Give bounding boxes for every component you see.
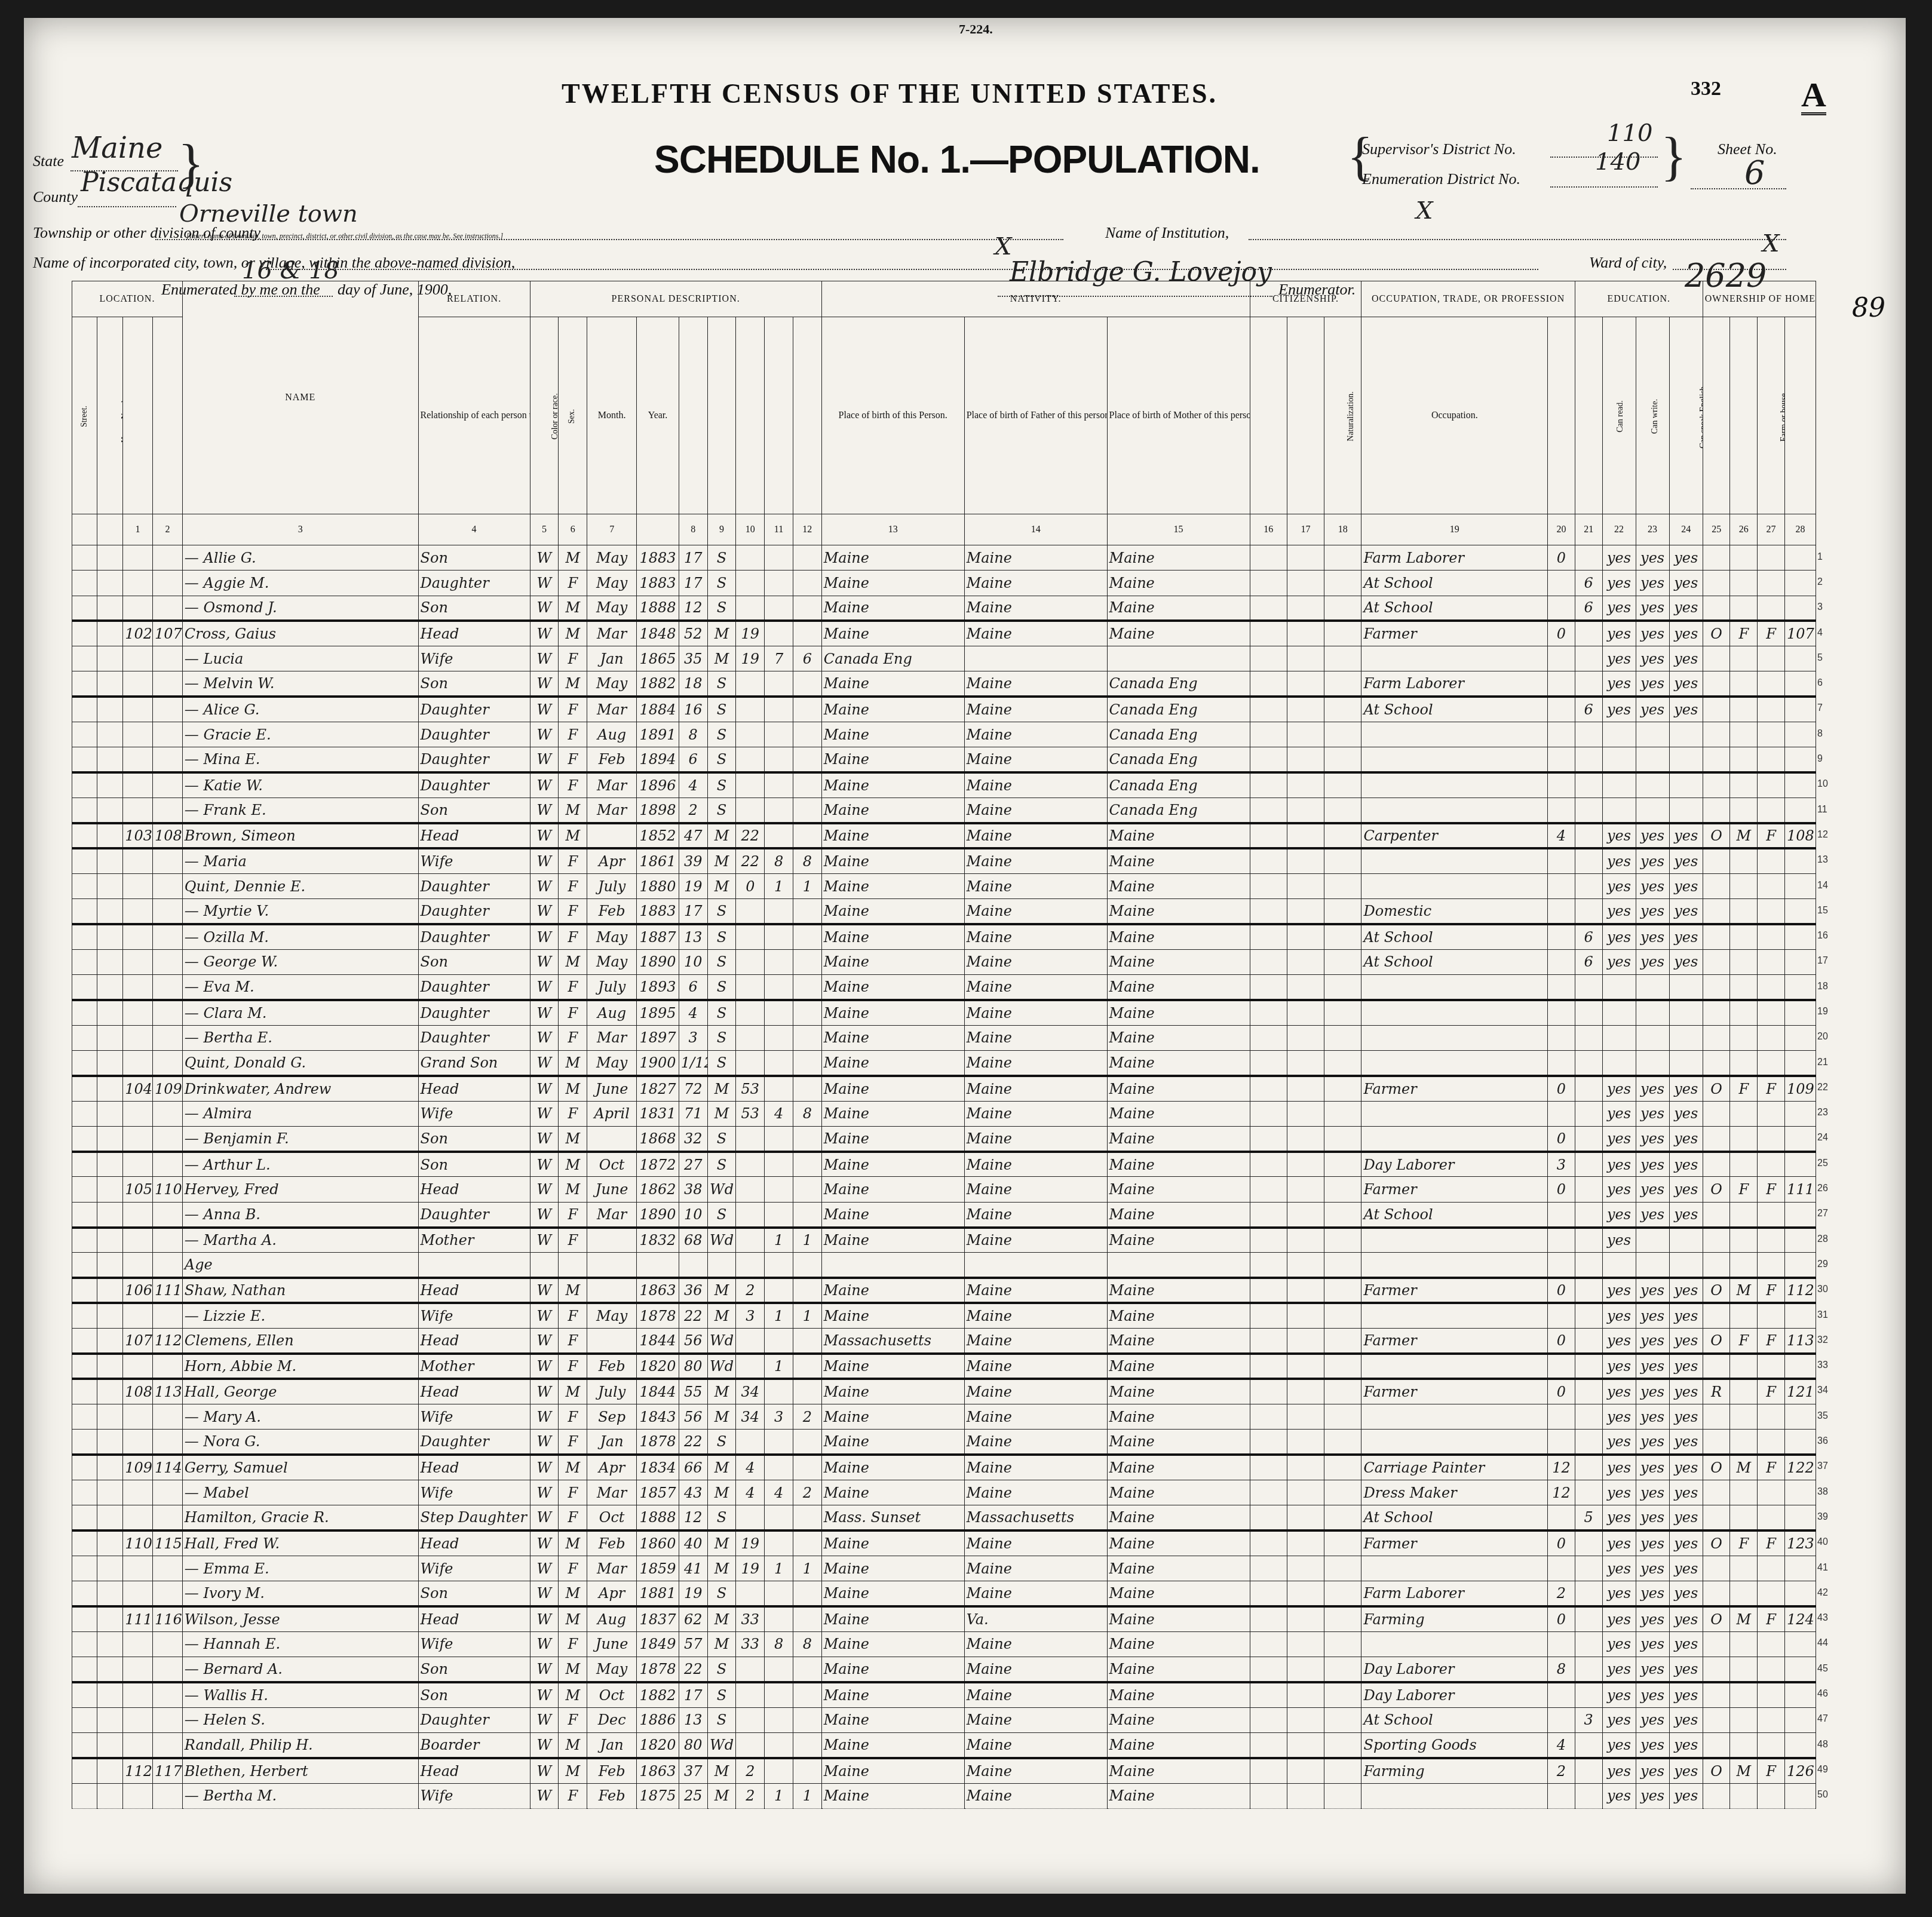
- speak-english-cell: yes: [1669, 1379, 1703, 1404]
- table-row: — Mina E.DaughterWFFeb18946SMaineMaineCa…: [72, 747, 1816, 772]
- table-row: — Bertha E.DaughterWFMar18973SMaineMaine…: [72, 1025, 1816, 1050]
- table-row: Randall, Philip H.BoarderWMJan182080WdMa…: [72, 1732, 1816, 1757]
- school-months-cell: [1575, 1732, 1602, 1757]
- street-cell: [72, 798, 97, 823]
- children-living-cell: [793, 1025, 821, 1050]
- birth-year-cell: 1878: [637, 1657, 679, 1682]
- speak-english-cell: yes: [1669, 571, 1703, 596]
- can-read-cell: yes: [1602, 646, 1636, 671]
- street-cell: [72, 1631, 97, 1657]
- dwelling-number-cell: [123, 1101, 153, 1126]
- mother-birthplace-cell: Maine: [1107, 1783, 1250, 1808]
- naturalization-cell: [1324, 1480, 1361, 1505]
- line-number: 33: [1817, 1360, 1828, 1371]
- dwelling-number-cell: [123, 798, 153, 823]
- immigration-cell: [1250, 1228, 1287, 1253]
- col-birth-month: Month.: [587, 317, 637, 514]
- naturalization-cell: [1324, 975, 1361, 1000]
- mother-birthplace-cell: Maine: [1107, 1556, 1250, 1581]
- naturalization-cell: [1324, 697, 1361, 722]
- occupation-cell: [1361, 1101, 1548, 1126]
- marital-status-cell: M: [707, 646, 736, 671]
- marital-status-cell: S: [707, 1152, 736, 1177]
- farm-schedule-cell: [1784, 848, 1816, 873]
- years-married-cell: 34: [736, 1404, 765, 1430]
- immigration-cell: [1250, 1329, 1287, 1354]
- can-read-cell: yes: [1602, 1076, 1636, 1101]
- family-number-cell: [153, 1253, 183, 1278]
- ed-label: Enumeration District No.: [1362, 170, 1520, 188]
- speak-english-cell: [1669, 975, 1703, 1000]
- marital-status-cell: S: [707, 747, 736, 772]
- house-number-cell: [97, 1631, 123, 1657]
- occupation-cell: At School: [1361, 596, 1548, 621]
- can-read-cell: yes: [1602, 1606, 1636, 1631]
- father-birthplace-cell: Maine: [964, 823, 1107, 848]
- naturalization-cell: [1324, 747, 1361, 772]
- sex-cell: M: [559, 1606, 587, 1631]
- house-number-cell: [97, 1050, 123, 1075]
- birth-year-cell: 1834: [637, 1455, 679, 1480]
- months-unemployed-cell: 12: [1548, 1455, 1575, 1480]
- father-birthplace-cell: Maine: [964, 1025, 1107, 1050]
- race-cell: W: [530, 899, 559, 924]
- birthplace-cell: Maine: [821, 949, 964, 974]
- street-cell: [72, 848, 97, 873]
- speak-english-cell: yes: [1669, 899, 1703, 924]
- free-mortgaged-cell: [1730, 1253, 1758, 1278]
- naturalization-cell: [1324, 1505, 1361, 1530]
- school-months-cell: 3: [1575, 1707, 1602, 1732]
- marital-status-cell: S: [707, 1126, 736, 1151]
- sex-cell: M: [559, 1076, 587, 1101]
- family-number-cell: [153, 772, 183, 798]
- birth-year-cell: 1895: [637, 1000, 679, 1025]
- children-living-cell: [793, 697, 821, 722]
- mother-birthplace-cell: Maine: [1107, 1505, 1250, 1530]
- race-cell: W: [530, 596, 559, 621]
- farm-schedule-cell: 111: [1784, 1177, 1816, 1202]
- dwelling-number-cell: 112: [123, 1758, 153, 1783]
- can-write-cell: yes: [1636, 621, 1669, 646]
- street-cell: [72, 1480, 97, 1505]
- free-mortgaged-cell: M: [1730, 1606, 1758, 1631]
- birth-year-cell: 1880: [637, 873, 679, 898]
- mother-birthplace-cell: Maine: [1107, 924, 1250, 949]
- sex-cell: F: [559, 1202, 587, 1227]
- mother-birthplace-cell: Maine: [1107, 1050, 1250, 1075]
- years-us-cell: [1287, 1303, 1324, 1328]
- owned-rented-cell: [1703, 1303, 1730, 1328]
- can-write-cell: yes: [1636, 1783, 1669, 1808]
- table-row: — Gracie E.DaughterWFAug18918SMaineMaine…: [72, 722, 1816, 747]
- occupation-cell: Farmer: [1361, 1329, 1548, 1354]
- family-number-cell: 116: [153, 1606, 183, 1631]
- immigration-cell: [1250, 747, 1287, 772]
- col-pob-person: Place of birth of this Person.: [821, 317, 964, 514]
- children-living-cell: 6: [793, 646, 821, 671]
- house-number-cell: [97, 1152, 123, 1177]
- marital-status-cell: S: [707, 671, 736, 697]
- birthplace-cell: Maine: [821, 1025, 964, 1050]
- immigration-cell: [1250, 1530, 1287, 1556]
- birth-month-cell: Apr: [587, 1455, 637, 1480]
- name-cell: Hall, Fred W.: [182, 1530, 418, 1556]
- birth-month-cell: [587, 1228, 637, 1253]
- sex-cell: M: [559, 1050, 587, 1075]
- school-months-cell: [1575, 1228, 1602, 1253]
- farm-house-cell: [1758, 873, 1785, 898]
- name-cell: — Emma E.: [182, 1556, 418, 1581]
- mother-of-cell: [765, 1682, 793, 1707]
- father-birthplace-cell: Maine: [964, 772, 1107, 798]
- mother-birthplace-cell: Maine: [1107, 1025, 1250, 1050]
- birthplace-cell: Maine: [821, 571, 964, 596]
- years-married-cell: [736, 1505, 765, 1530]
- race-cell: W: [530, 1682, 559, 1707]
- immigration-cell: [1250, 1556, 1287, 1581]
- race-cell: W: [530, 1758, 559, 1783]
- farm-schedule-cell: [1784, 1253, 1816, 1278]
- family-number-cell: 107: [153, 621, 183, 646]
- street-cell: [72, 975, 97, 1000]
- months-unemployed-cell: [1548, 722, 1575, 747]
- speak-english-cell: [1669, 772, 1703, 798]
- township-note: [Insert name of township, town, precinct…: [186, 232, 503, 241]
- years-married-cell: [736, 1657, 765, 1682]
- line-number: 14: [1817, 881, 1828, 891]
- naturalization-cell: [1324, 1379, 1361, 1404]
- father-birthplace-cell: Maine: [964, 1707, 1107, 1732]
- house-number-cell: [97, 1606, 123, 1631]
- dwelling-number-cell: [123, 1228, 153, 1253]
- mother-of-cell: [765, 1505, 793, 1530]
- can-write-cell: yes: [1636, 1303, 1669, 1328]
- mother-of-cell: [765, 545, 793, 571]
- birth-year-cell: 1890: [637, 1202, 679, 1227]
- column-number: 19: [1361, 514, 1548, 545]
- children-living-cell: [793, 1707, 821, 1732]
- can-write-cell: [1636, 1253, 1669, 1278]
- can-write-cell: [1636, 1000, 1669, 1025]
- naturalization-cell: [1324, 1455, 1361, 1480]
- free-mortgaged-cell: [1730, 1556, 1758, 1581]
- owned-rented-cell: [1703, 772, 1730, 798]
- mother-of-cell: [765, 1732, 793, 1757]
- years-married-cell: [736, 1581, 765, 1606]
- relation-cell: Head: [418, 1758, 530, 1783]
- birth-month-cell: May: [587, 949, 637, 974]
- naturalization-cell: [1324, 924, 1361, 949]
- years-us-cell: [1287, 1581, 1324, 1606]
- years-us-cell: [1287, 1202, 1324, 1227]
- house-number-cell: [97, 1303, 123, 1328]
- age-cell: 18: [679, 671, 707, 697]
- age-cell: 19: [679, 1581, 707, 1606]
- birth-year-cell: 1857: [637, 1480, 679, 1505]
- farm-house-cell: F: [1758, 1530, 1785, 1556]
- free-mortgaged-cell: [1730, 1505, 1758, 1530]
- children-living-cell: [793, 1076, 821, 1101]
- birthplace-cell: Maine: [821, 1303, 964, 1328]
- owned-rented-cell: [1703, 1657, 1730, 1682]
- table-row: — Emma E.WifeWFMar185941M1911MaineMaineM…: [72, 1556, 1816, 1581]
- can-write-cell: yes: [1636, 1404, 1669, 1430]
- owned-rented-cell: [1703, 1505, 1730, 1530]
- house-number-cell: [97, 1329, 123, 1354]
- marital-status-cell: M: [707, 1303, 736, 1328]
- age-cell: 22: [679, 1303, 707, 1328]
- mother-of-cell: 1: [765, 1783, 793, 1808]
- birth-month-cell: May: [587, 1050, 637, 1075]
- years-us-cell: [1287, 924, 1324, 949]
- children-living-cell: [793, 1379, 821, 1404]
- occupation-cell: At School: [1361, 571, 1548, 596]
- mother-birthplace-cell: Canada Eng: [1107, 772, 1250, 798]
- birth-year-cell: 1863: [637, 1278, 679, 1303]
- can-read-cell: [1602, 798, 1636, 823]
- farm-schedule-cell: [1784, 646, 1816, 671]
- months-unemployed-cell: [1548, 975, 1575, 1000]
- mother-of-cell: 8: [765, 1631, 793, 1657]
- free-mortgaged-cell: [1730, 924, 1758, 949]
- line-number: 46: [1817, 1689, 1828, 1700]
- marital-status-cell: M: [707, 848, 736, 873]
- age-cell: 68: [679, 1228, 707, 1253]
- naturalization-cell: [1324, 1758, 1361, 1783]
- farm-house-cell: [1758, 1050, 1785, 1075]
- mother-birthplace-cell: Maine: [1107, 1758, 1250, 1783]
- years-us-cell: [1287, 873, 1324, 898]
- can-read-cell: yes: [1602, 1505, 1636, 1530]
- father-birthplace-cell: Maine: [964, 1657, 1107, 1682]
- marital-status-cell: S: [707, 697, 736, 722]
- years-married-cell: [736, 722, 765, 747]
- relation-cell: Son: [418, 1657, 530, 1682]
- name-cell: Quint, Donald G.: [182, 1050, 418, 1075]
- years-us-cell: [1287, 798, 1324, 823]
- street-cell: [72, 1581, 97, 1606]
- street-cell: [72, 1303, 97, 1328]
- birth-month-cell: Jan: [587, 1430, 637, 1455]
- margin-number: 89: [1852, 293, 1885, 323]
- occupation-cell: Day Laborer: [1361, 1657, 1548, 1682]
- mother-of-cell: 4: [765, 1101, 793, 1126]
- school-months-cell: [1575, 1177, 1602, 1202]
- farm-house-cell: [1758, 1732, 1785, 1757]
- years-us-cell: [1287, 1430, 1324, 1455]
- name-cell: Cross, Gaius: [182, 621, 418, 646]
- naturalization-cell: [1324, 671, 1361, 697]
- farm-schedule-cell: 113: [1784, 1329, 1816, 1354]
- birth-month-cell: Apr: [587, 1581, 637, 1606]
- family-number-cell: [153, 1480, 183, 1505]
- occupation-cell: [1361, 772, 1548, 798]
- birth-month-cell: Apr: [587, 848, 637, 873]
- father-birthplace-cell: Maine: [964, 1732, 1107, 1757]
- farm-schedule-cell: 107: [1784, 621, 1816, 646]
- dwelling-number-cell: [123, 1556, 153, 1581]
- can-read-cell: yes: [1602, 848, 1636, 873]
- farm-house-cell: F: [1758, 1455, 1785, 1480]
- house-number-cell: [97, 1025, 123, 1050]
- mother-of-cell: [765, 1430, 793, 1455]
- line-number: 48: [1817, 1740, 1828, 1750]
- table-row: — Frank E.SonWMMar18982SMaineMaineCanada…: [72, 798, 1816, 823]
- race-cell: W: [530, 924, 559, 949]
- occupation-cell: Farmer: [1361, 1379, 1548, 1404]
- free-mortgaged-cell: [1730, 596, 1758, 621]
- relation-cell: Son: [418, 1126, 530, 1151]
- months-unemployed-cell: 0: [1548, 1126, 1575, 1151]
- sex-cell: F: [559, 1505, 587, 1530]
- naturalization-cell: [1324, 1682, 1361, 1707]
- dwelling-number-cell: [123, 924, 153, 949]
- column-number: 3: [182, 514, 418, 545]
- occupation-cell: [1361, 873, 1548, 898]
- speak-english-cell: yes: [1669, 1329, 1703, 1354]
- relation-cell: Son: [418, 949, 530, 974]
- name-cell: — Clara M.: [182, 1000, 418, 1025]
- mother-of-cell: [765, 747, 793, 772]
- mother-birthplace-cell: [1107, 646, 1250, 671]
- race-cell: W: [530, 1581, 559, 1606]
- census-rows: — Allie G.SonWMMay188317SMaineMaineMaine…: [72, 545, 1816, 1809]
- dwelling-number-cell: [123, 1631, 153, 1657]
- table-row: 112117Blethen, HerbertHeadWMFeb186337M2M…: [72, 1758, 1816, 1783]
- line-number: 31: [1817, 1310, 1828, 1321]
- mother-of-cell: [765, 1000, 793, 1025]
- relation-cell: Daughter: [418, 1707, 530, 1732]
- school-months-cell: [1575, 975, 1602, 1000]
- speak-english-cell: yes: [1669, 924, 1703, 949]
- line-number: 34: [1817, 1385, 1828, 1396]
- county-line: [78, 206, 176, 207]
- speak-english-cell: [1669, 1025, 1703, 1050]
- occupation-cell: Farmer: [1361, 1076, 1548, 1101]
- free-mortgaged-cell: F: [1730, 621, 1758, 646]
- sheet-value: 6: [1744, 154, 1765, 192]
- sex-cell: F: [559, 1228, 587, 1253]
- farm-house-cell: F: [1758, 1758, 1785, 1783]
- sex-cell: F: [559, 772, 587, 798]
- naturalization-cell: [1324, 873, 1361, 898]
- sex-cell: F: [559, 873, 587, 898]
- mother-birthplace-cell: Maine: [1107, 1076, 1250, 1101]
- column-number: 16: [1250, 514, 1287, 545]
- dwelling-number-cell: [123, 1505, 153, 1530]
- birthplace-cell: Maine: [821, 1379, 964, 1404]
- sex-cell: M: [559, 798, 587, 823]
- school-months-cell: [1575, 1126, 1602, 1151]
- dwelling-number-cell: [123, 545, 153, 571]
- birth-month-cell: May: [587, 596, 637, 621]
- name-cell: — Bertha M.: [182, 1783, 418, 1808]
- birth-year-cell: 1820: [637, 1732, 679, 1757]
- birthplace-cell: Maine: [821, 596, 964, 621]
- birth-month-cell: Feb: [587, 899, 637, 924]
- table-row: — Osmond J.SonWMMay188812SMaineMaineMain…: [72, 596, 1816, 621]
- months-unemployed-cell: [1548, 1404, 1575, 1430]
- free-mortgaged-cell: [1730, 1430, 1758, 1455]
- sex-cell: F: [559, 924, 587, 949]
- farm-house-cell: [1758, 596, 1785, 621]
- farm-house-cell: [1758, 571, 1785, 596]
- race-cell: W: [530, 1202, 559, 1227]
- table-row: — Benjamin F.SonWM186832SMaineMaineMaine…: [72, 1126, 1816, 1151]
- speak-english-cell: yes: [1669, 1202, 1703, 1227]
- father-birthplace-cell: Maine: [964, 949, 1107, 974]
- speak-english-cell: yes: [1669, 1530, 1703, 1556]
- sheet-letter: A: [1801, 78, 1826, 115]
- name-cell: Age: [182, 1253, 418, 1278]
- supervisor-label: Supervisor's District No.: [1362, 140, 1516, 158]
- immigration-cell: [1250, 571, 1287, 596]
- marital-status-cell: M: [707, 1101, 736, 1126]
- farm-house-cell: [1758, 1430, 1785, 1455]
- age-cell: 6: [679, 747, 707, 772]
- occupation-cell: Domestic: [1361, 899, 1548, 924]
- free-mortgaged-cell: [1730, 1025, 1758, 1050]
- column-number: 21: [1575, 514, 1602, 545]
- birthplace-cell: Maine: [821, 1758, 964, 1783]
- naturalization-cell: [1324, 596, 1361, 621]
- school-months-cell: [1575, 1606, 1602, 1631]
- race-cell: [530, 1253, 559, 1278]
- months-unemployed-cell: [1548, 1253, 1575, 1278]
- street-cell: [72, 1228, 97, 1253]
- immigration-cell: [1250, 899, 1287, 924]
- birthplace-cell: Maine: [821, 1657, 964, 1682]
- can-write-cell: yes: [1636, 899, 1669, 924]
- months-unemployed-cell: [1548, 646, 1575, 671]
- birth-month-cell: July: [587, 1379, 637, 1404]
- speak-english-cell: yes: [1669, 1783, 1703, 1808]
- column-number: 23: [1636, 514, 1669, 545]
- street-cell: [72, 697, 97, 722]
- years-us-cell: [1287, 596, 1324, 621]
- farm-schedule-cell: 112: [1784, 1278, 1816, 1303]
- mother-of-cell: [765, 1581, 793, 1606]
- months-unemployed-cell: [1548, 596, 1575, 621]
- mother-birthplace-cell: Maine: [1107, 1682, 1250, 1707]
- can-write-cell: yes: [1636, 1480, 1669, 1505]
- name-cell: — Nora G.: [182, 1430, 418, 1455]
- dwelling-number-cell: [123, 1581, 153, 1606]
- farm-house-cell: [1758, 1505, 1785, 1530]
- can-read-cell: yes: [1602, 1303, 1636, 1328]
- family-number-cell: [153, 1152, 183, 1177]
- children-living-cell: [793, 1177, 821, 1202]
- marital-status-cell: M: [707, 1379, 736, 1404]
- column-number-row: 1234567891011121314151617181920212223242…: [72, 514, 1816, 545]
- occupation-cell: [1361, 1783, 1548, 1808]
- relation-cell: Daughter: [418, 1202, 530, 1227]
- mother-birthplace-cell: Canada Eng: [1107, 798, 1250, 823]
- owned-rented-cell: [1703, 722, 1730, 747]
- table-row: 106111Shaw, NathanHeadWM186336M2MaineMai…: [72, 1278, 1816, 1303]
- column-number: 18: [1324, 514, 1361, 545]
- race-cell: W: [530, 571, 559, 596]
- speak-english-cell: yes: [1669, 1581, 1703, 1606]
- street-cell: [72, 1430, 97, 1455]
- mother-of-cell: 1: [765, 1228, 793, 1253]
- county-label: County: [33, 188, 78, 206]
- race-cell: W: [530, 1530, 559, 1556]
- line-number: 32: [1817, 1335, 1828, 1346]
- years-us-cell: [1287, 772, 1324, 798]
- farm-house-cell: [1758, 1101, 1785, 1126]
